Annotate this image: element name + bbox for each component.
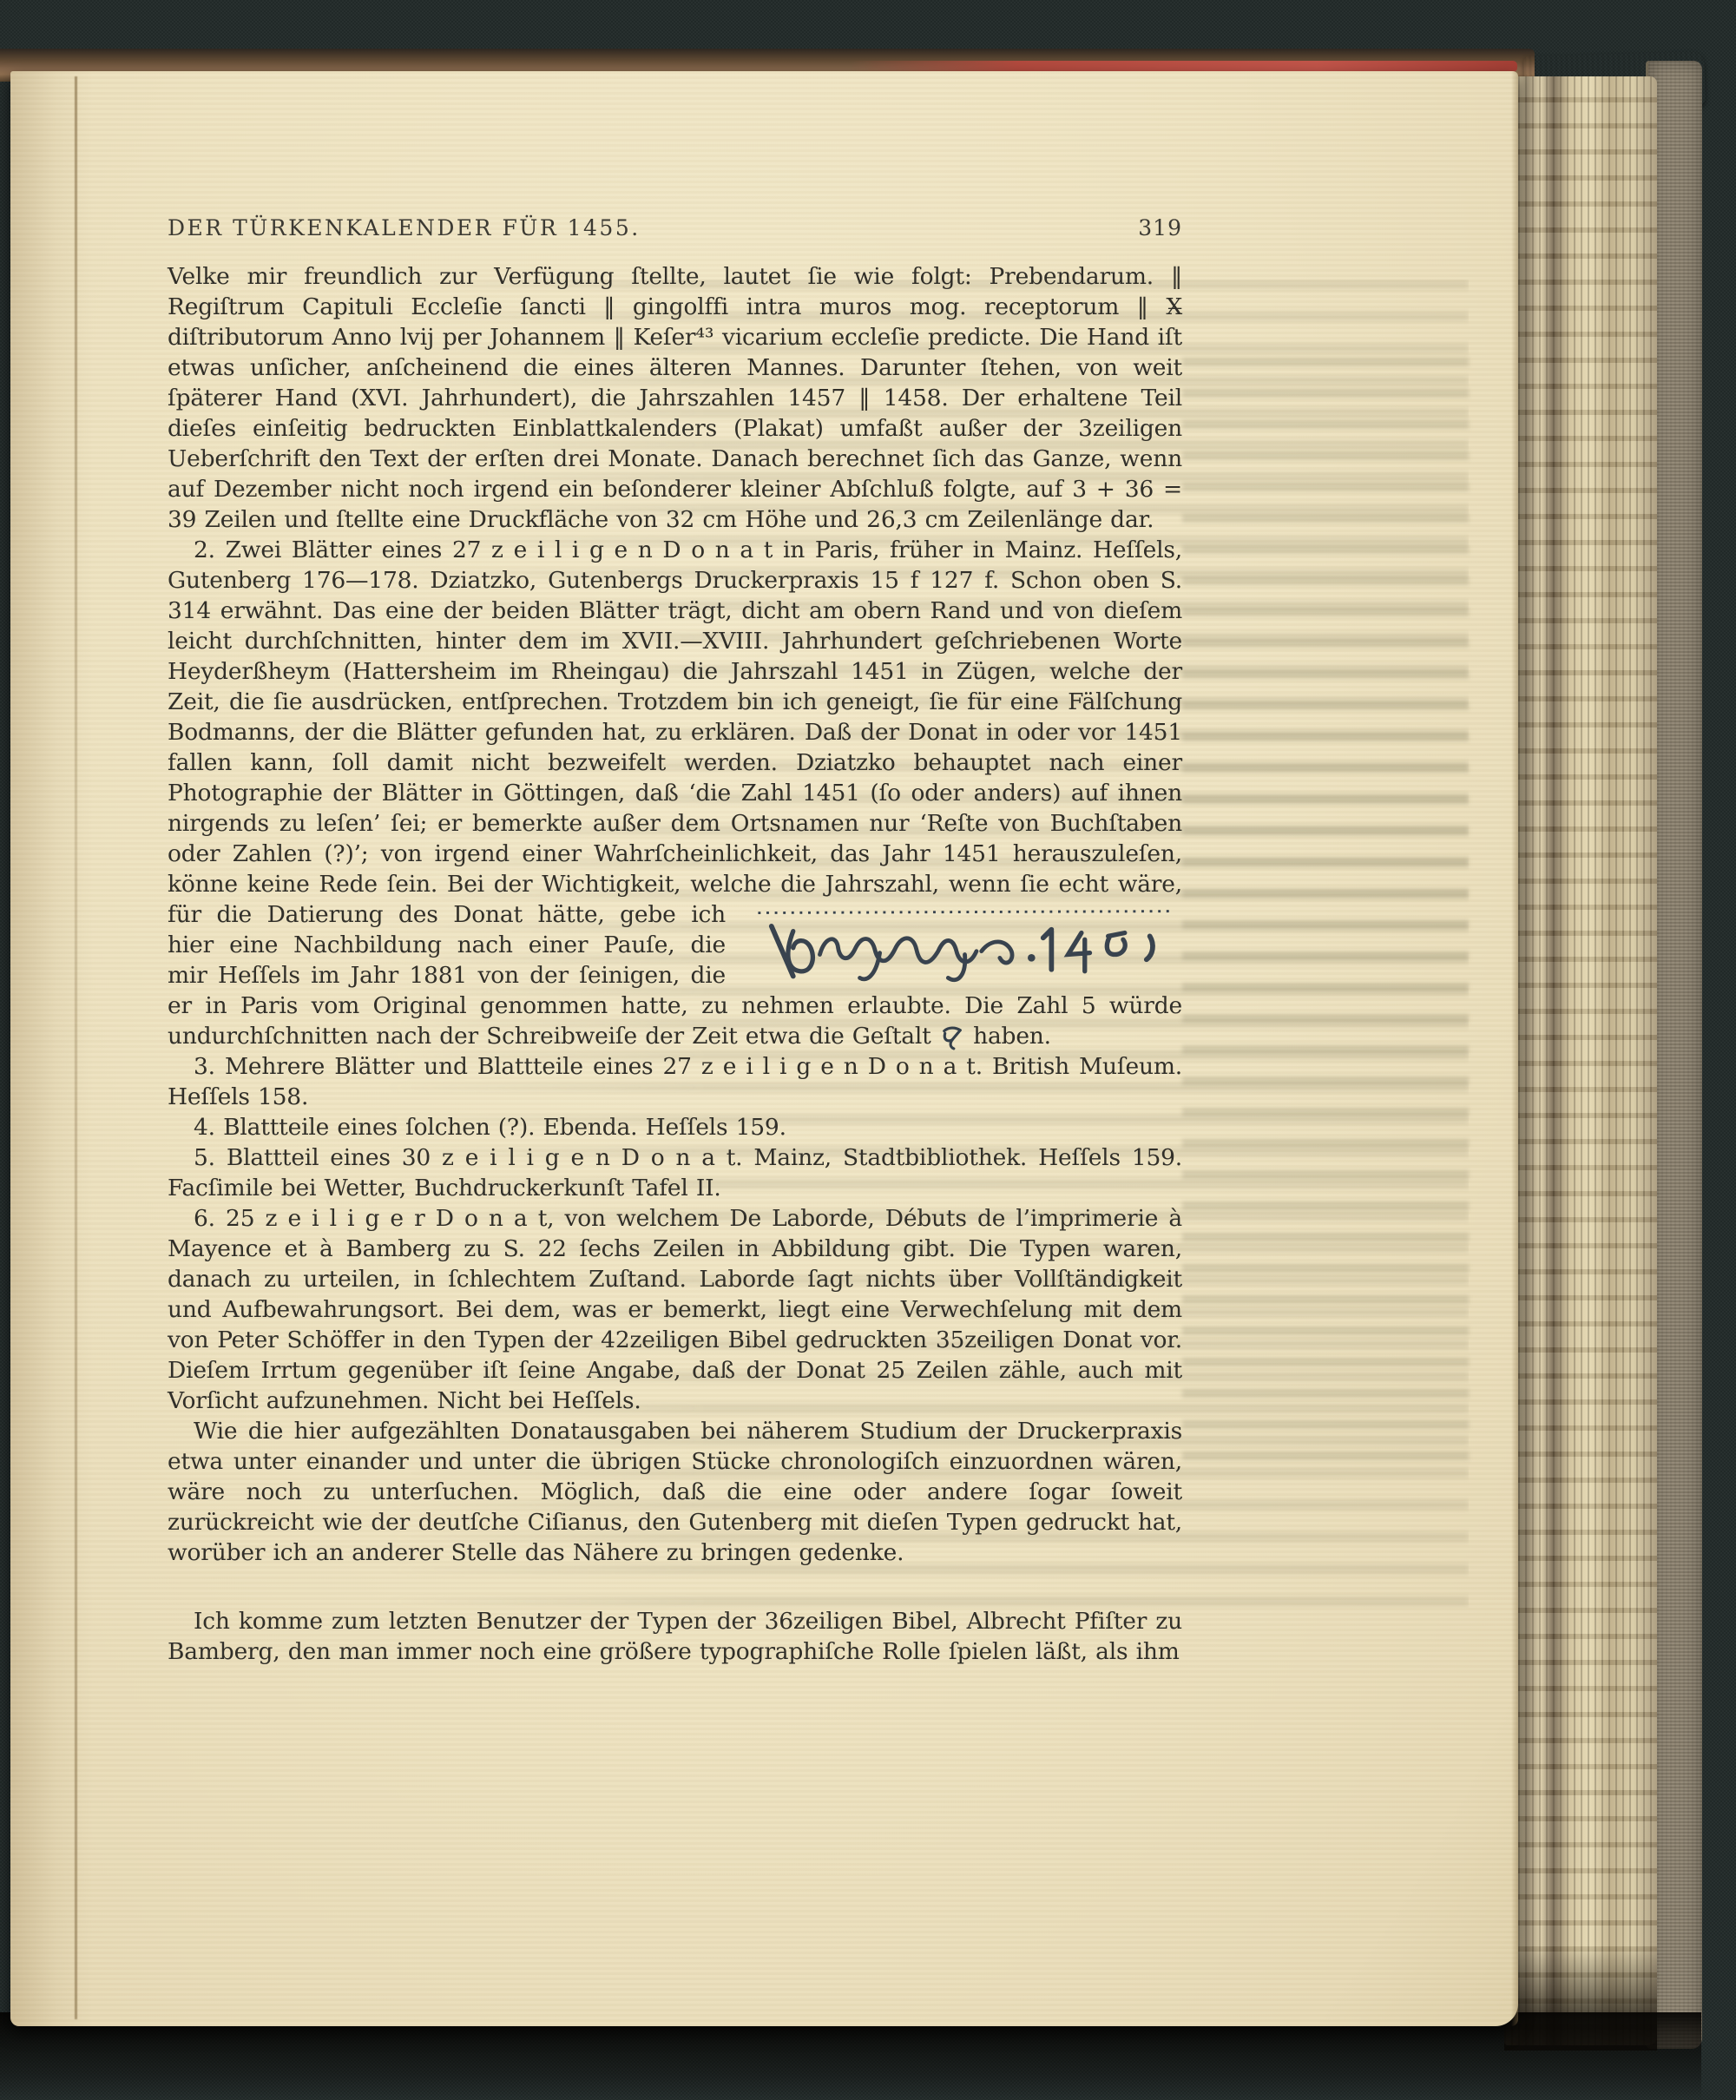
page-header: DER TÜRKENKALENDER FÜR 1455. 319	[168, 215, 1182, 240]
running-title: DER TÜRKENKALENDER FÜR 1455.	[168, 215, 641, 240]
paragraph-5: 5. Blattteil eines 30 z e i l i g e n D …	[168, 1142, 1182, 1203]
gutter-crease	[75, 76, 77, 2019]
page-number: 319	[1138, 215, 1182, 240]
paragraph-7: Wie die hier aufgezählten Donatausgaben …	[168, 1416, 1182, 1568]
handwriting-facsimile	[748, 903, 1182, 986]
book-fore-edge-pages	[1504, 76, 1657, 2045]
paragraph-1: Velke mir freundlich zur Verfügung ſtell…	[168, 261, 1182, 535]
text-block: DER TÜRKENKALENDER FÜR 1455. 319 Velke m…	[168, 71, 1182, 1667]
paragraph-4: 4. Blattteile eines ſolchen (?). Ebenda.…	[168, 1112, 1182, 1142]
paragraph-6: 6. 25 z e i l i g e r D o n a t, von wel…	[168, 1203, 1182, 1416]
paragraph-8: Ich komme zum letzten Benutzer der Typen…	[168, 1606, 1182, 1667]
gutter-shading	[10, 71, 93, 2026]
paragraph-2-text-c: haben.	[973, 1023, 1051, 1050]
verso-showthrough-margin	[1182, 358, 1469, 1469]
dotted-rule	[758, 912, 1171, 913]
book-page: DER TÜRKENKALENDER FÜR 1455. 319 Velke m…	[10, 71, 1518, 2026]
page-right-edge	[1511, 71, 1518, 2026]
old-style-numeral-5-glyph	[942, 1024, 963, 1051]
paragraph-2: 2. Zwei Blätter eines 27 z e i l i g e n…	[168, 535, 1182, 1051]
paragraph-3: 3. Mehrere Blätter und Blattteile eines …	[168, 1051, 1182, 1112]
paragraph-2-text-a: 2. Zwei Blätter eines 27 z e i l i g e n…	[168, 537, 1182, 928]
